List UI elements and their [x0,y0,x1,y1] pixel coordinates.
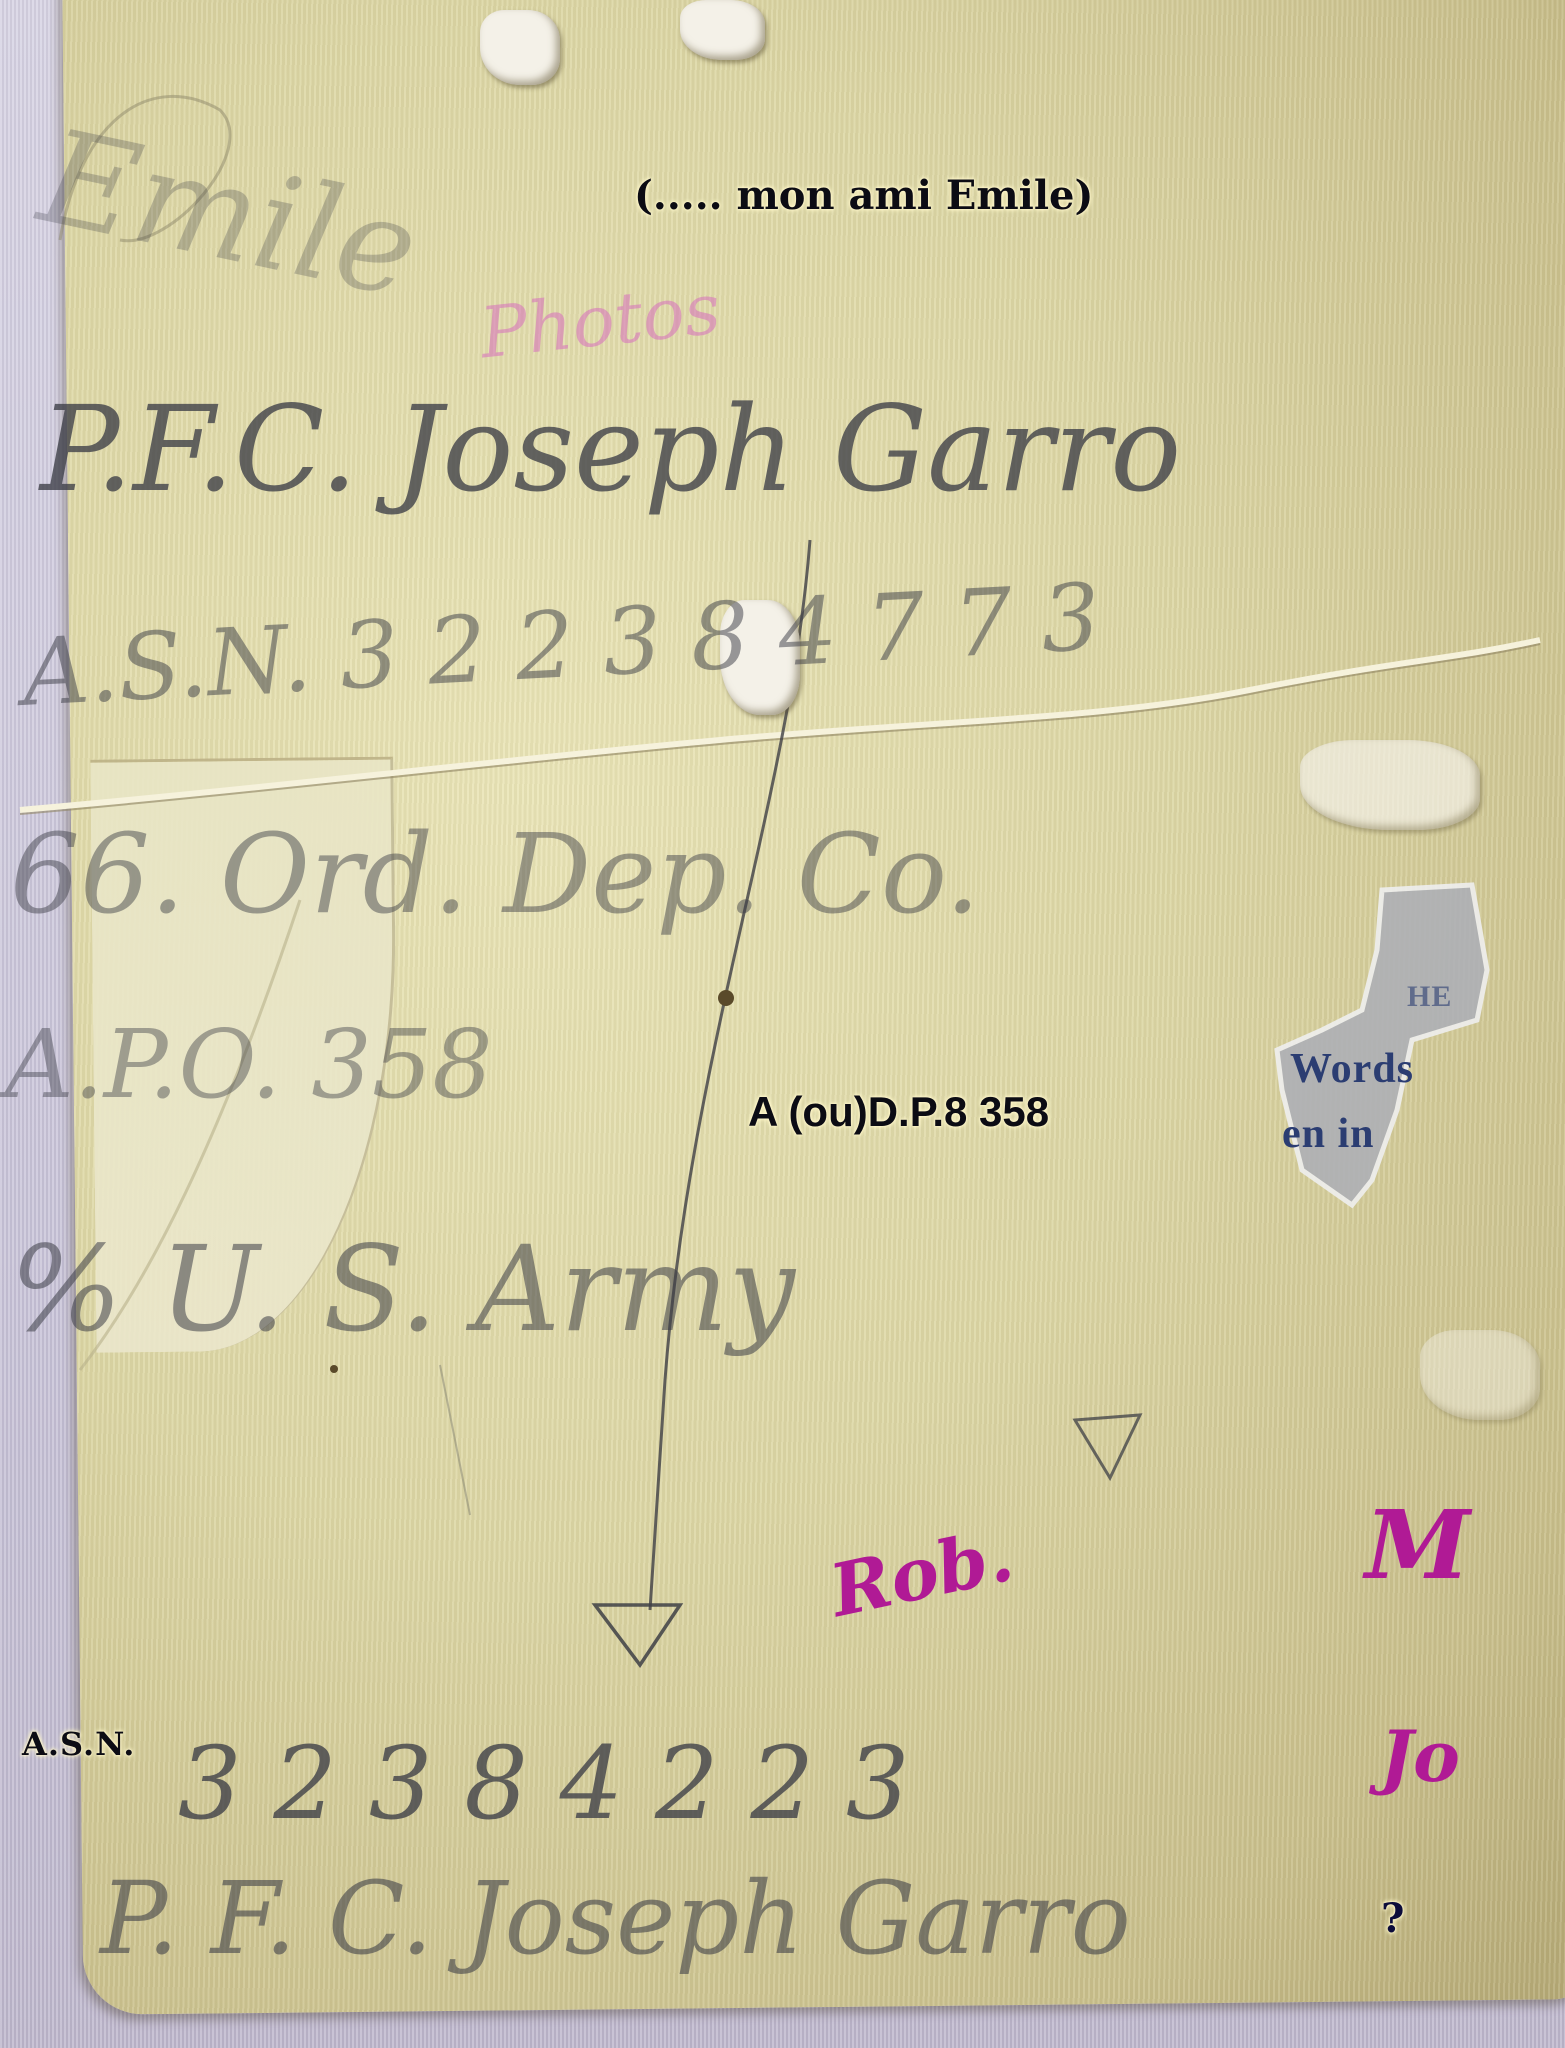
annotation-mon-ami-emile: (..... mon ami Emile) [634,172,1093,219]
handwriting-line-apo: A.P.O. 358 [5,1010,493,1120]
annotation-question-mark: ? [1381,1895,1404,1942]
annotation-apo-number: A (ou)D.P.8 358 [748,1088,1049,1136]
peeled-spot-bottom-right [1420,1330,1540,1420]
magenta-mark-right-bottom: Jo [1380,1715,1460,1798]
handwriting-line-army: % U. S. Army [10,1220,795,1358]
peeled-spot-top-2 [680,0,765,60]
handwriting-asn-digits: 3 2 3 8 4 2 2 3 [178,1725,910,1842]
handwriting-line-unit: 66. Ord. Dep. Co. [10,810,980,938]
paper-scrap: HE Words en in [1262,870,1502,1210]
ink-speck-center [718,990,734,1006]
peeled-spot-right [1300,740,1480,830]
peeled-spot-top-1 [480,10,560,85]
scrap-text-line3: en in [1282,1110,1375,1158]
ink-speck-left [330,1365,338,1373]
handwriting-signature: P. F. C. Joseph Garro [100,1860,1131,1977]
annotation-asn-label: A.S.N. [22,1725,135,1763]
magenta-mark-right-top: M [1365,1490,1470,1601]
handwriting-line-name: P.F.C. Joseph Garro [40,380,1181,518]
scrap-text-line1: HE [1407,980,1452,1014]
scrap-text-line2: Words [1290,1045,1414,1093]
